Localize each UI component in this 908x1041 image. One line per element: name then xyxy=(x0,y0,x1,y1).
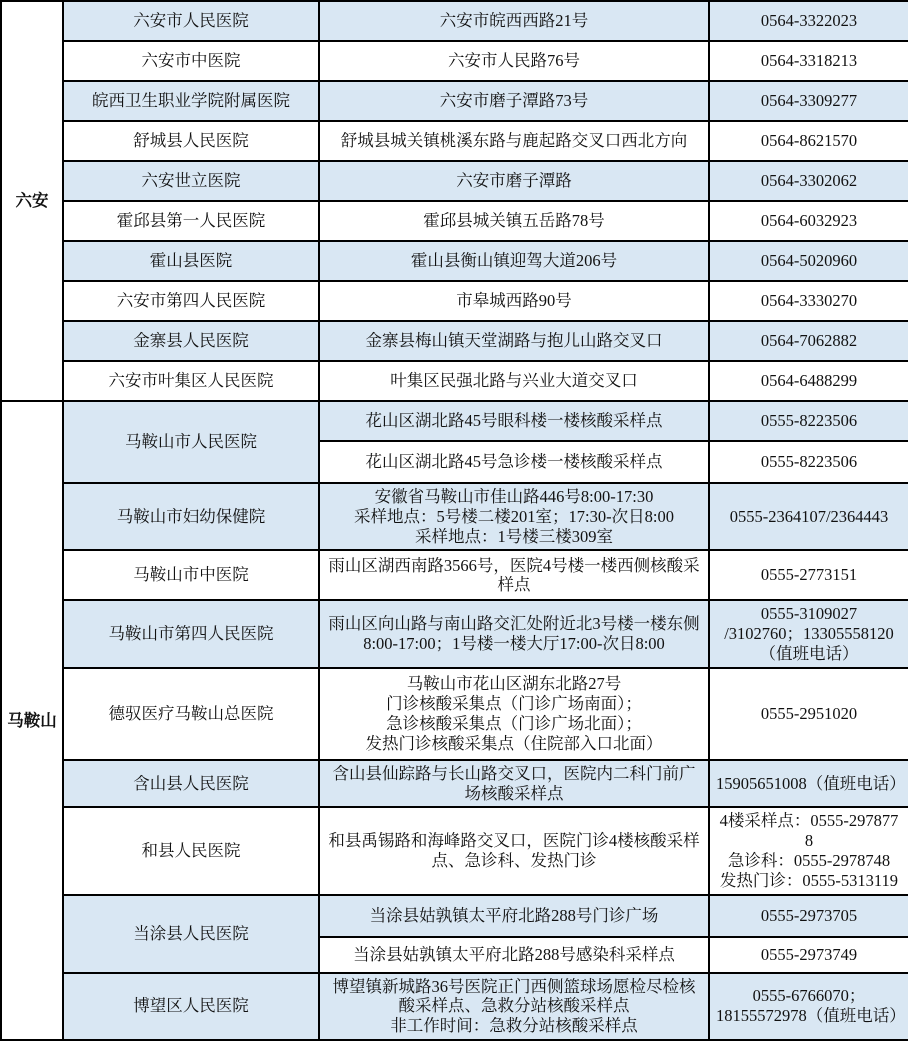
phone-cell: 0555-2973749 xyxy=(709,937,908,973)
address-cell: 霍山县衡山镇迎驾大道206号 xyxy=(319,241,709,281)
phone-cell: 0564-3318213 xyxy=(709,41,908,81)
phone-cell: 0564-3330270 xyxy=(709,281,908,321)
phone-cell: 0564-3302062 xyxy=(709,161,908,201)
hospital-cell: 博望区人民医院 xyxy=(63,973,319,1040)
hospital-cell: 舒城县人民医院 xyxy=(63,121,319,161)
city-cell: 六安 xyxy=(1,1,63,401)
table-row: 皖西卫生职业学院附属医院 六安市磨子潭路73号 0564-3309277 xyxy=(1,81,908,121)
phone-cell: 0564-3322023 xyxy=(709,1,908,41)
address-cell: 和县禹锡路和海峰路交叉口，医院门诊4楼核酸采样点、急诊科、发热门诊 xyxy=(319,807,709,894)
hospital-cell: 德驭医疗马鞍山总医院 xyxy=(63,668,319,760)
phone-cell: 0564-3309277 xyxy=(709,81,908,121)
hospital-cell: 金寨县人民医院 xyxy=(63,321,319,361)
hospital-cell: 六安市人民医院 xyxy=(63,1,319,41)
hospital-cell: 含山县人民医院 xyxy=(63,760,319,808)
hospital-cell: 皖西卫生职业学院附属医院 xyxy=(63,81,319,121)
hospital-cell: 当涂县人民医院 xyxy=(63,895,319,973)
address-cell: 雨山区湖西南路3566号，医院4号楼一楼西侧核酸采样点 xyxy=(319,550,709,600)
hospital-cell: 六安市中医院 xyxy=(63,41,319,81)
phone-cell: 0555-3109027 /3102760；13305558120 （值班电话） xyxy=(709,600,908,667)
phone-cell: 0564-6032923 xyxy=(709,201,908,241)
address-cell: 市皋城西路90号 xyxy=(319,281,709,321)
hospital-cell: 马鞍山市第四人民医院 xyxy=(63,600,319,667)
address-cell: 舒城县城关镇桃溪东路与鹿起路交叉口西北方向 xyxy=(319,121,709,161)
table-row: 马鞍山 马鞍山市人民医院 花山区湖北路45号眼科楼一楼核酸采样点 0555-82… xyxy=(1,401,908,441)
address-cell: 霍邱县城关镇五岳路78号 xyxy=(319,201,709,241)
table-row: 六安市第四人民医院 市皋城西路90号 0564-3330270 xyxy=(1,281,908,321)
phone-cell: 0564-7062882 xyxy=(709,321,908,361)
table-row: 含山县人民医院 含山县仙踪路与长山路交叉口，医院内二科门前广场核酸采样点 159… xyxy=(1,760,908,808)
table-row: 六安市中医院 六安市人民路76号 0564-3318213 xyxy=(1,41,908,81)
hospital-cell: 霍山县医院 xyxy=(63,241,319,281)
phone-cell: 0555-8223506 xyxy=(709,401,908,441)
address-cell: 花山区湖北路45号急诊楼一楼核酸采样点 xyxy=(319,441,709,483)
phone-cell: 4楼采样点：0555-2978778 急诊科：0555-2978748 发热门诊… xyxy=(709,807,908,894)
address-cell: 六安市磨子潭路73号 xyxy=(319,81,709,121)
phone-cell: 0555-2773151 xyxy=(709,550,908,600)
city-cell: 马鞍山 xyxy=(1,401,63,1040)
address-cell: 当涂县姑孰镇太平府北路288号门诊广场 xyxy=(319,895,709,937)
hospital-cell: 霍邱县第一人民医院 xyxy=(63,201,319,241)
phone-cell: 0555-2364107/2364443 xyxy=(709,483,908,550)
hospital-cell: 马鞍山市妇幼保健院 xyxy=(63,483,319,550)
phone-cell: 0564-8621570 xyxy=(709,121,908,161)
table-row: 博望区人民医院 博望镇新城路36号医院正门西侧篮球场愿检尽检核酸采样点、急救分站… xyxy=(1,973,908,1040)
phone-cell: 0555-2951020 xyxy=(709,668,908,760)
table-row: 六安市叶集区人民医院 叶集区民强北路与兴业大道交叉口 0564-6488299 xyxy=(1,361,908,401)
address-cell: 叶集区民强北路与兴业大道交叉口 xyxy=(319,361,709,401)
table-row: 当涂县人民医院 当涂县姑孰镇太平府北路288号门诊广场 0555-2973705 xyxy=(1,895,908,937)
table-row: 马鞍山市中医院 雨山区湖西南路3566号，医院4号楼一楼西侧核酸采样点 0555… xyxy=(1,550,908,600)
table-row: 六安世立医院 六安市磨子潭路 0564-3302062 xyxy=(1,161,908,201)
address-cell: 六安市皖西西路21号 xyxy=(319,1,709,41)
hospital-cell: 六安市叶集区人民医院 xyxy=(63,361,319,401)
table-row: 霍山县医院 霍山县衡山镇迎驾大道206号 0564-5020960 xyxy=(1,241,908,281)
address-cell: 当涂县姑孰镇太平府北路288号感染科采样点 xyxy=(319,937,709,973)
section-luan: 六安 六安市人民医院 六安市皖西西路21号 0564-3322023 六安市中医… xyxy=(1,1,908,401)
phone-cell: 0555-6766070； 18155572978（值班电话） xyxy=(709,973,908,1040)
address-cell: 马鞍山市花山区湖东北路27号 门诊核酸采集点（门诊广场南面）； 急诊核酸采集点（… xyxy=(319,668,709,760)
address-cell: 金寨县梅山镇天堂湖路与抱儿山路交叉口 xyxy=(319,321,709,361)
address-cell: 博望镇新城路36号医院正门西侧篮球场愿检尽检核酸采样点、急救分站核酸采样点 非工… xyxy=(319,973,709,1040)
table-row: 霍邱县第一人民医院 霍邱县城关镇五岳路78号 0564-6032923 xyxy=(1,201,908,241)
address-cell: 安徽省马鞍山市佳山路446号8:00-17:30 采样地点：5号楼二楼201室；… xyxy=(319,483,709,550)
table-row: 舒城县人民医院 舒城县城关镇桃溪东路与鹿起路交叉口西北方向 0564-86215… xyxy=(1,121,908,161)
table-row: 金寨县人民医院 金寨县梅山镇天堂湖路与抱儿山路交叉口 0564-7062882 xyxy=(1,321,908,361)
phone-cell: 0555-8223506 xyxy=(709,441,908,483)
phone-cell: 0564-5020960 xyxy=(709,241,908,281)
table-row: 德驭医疗马鞍山总医院 马鞍山市花山区湖东北路27号 门诊核酸采集点（门诊广场南面… xyxy=(1,668,908,760)
phone-cell: 0564-6488299 xyxy=(709,361,908,401)
address-cell: 雨山区向山路与南山路交汇处附近北3号楼一楼东侧 8:00-17:00；1号楼一楼… xyxy=(319,600,709,667)
hospital-cell: 六安市第四人民医院 xyxy=(63,281,319,321)
address-cell: 花山区湖北路45号眼科楼一楼核酸采样点 xyxy=(319,401,709,441)
section-maanshan: 马鞍山 马鞍山市人民医院 花山区湖北路45号眼科楼一楼核酸采样点 0555-82… xyxy=(1,401,908,1040)
hospital-cell: 六安世立医院 xyxy=(63,161,319,201)
hospital-cell: 马鞍山市人民医院 xyxy=(63,401,319,483)
phone-cell: 15905651008（值班电话） xyxy=(709,760,908,808)
table-row: 马鞍山市妇幼保健院 安徽省马鞍山市佳山路446号8:00-17:30 采样地点：… xyxy=(1,483,908,550)
hospital-table: 六安 六安市人民医院 六安市皖西西路21号 0564-3322023 六安市中医… xyxy=(0,0,908,1041)
address-cell: 六安市人民路76号 xyxy=(319,41,709,81)
phone-cell: 0555-2973705 xyxy=(709,895,908,937)
hospital-cell: 和县人民医院 xyxy=(63,807,319,894)
table-row: 和县人民医院 和县禹锡路和海峰路交叉口，医院门诊4楼核酸采样点、急诊科、发热门诊… xyxy=(1,807,908,894)
table-row: 马鞍山市第四人民医院 雨山区向山路与南山路交汇处附近北3号楼一楼东侧 8:00-… xyxy=(1,600,908,667)
hospital-cell: 马鞍山市中医院 xyxy=(63,550,319,600)
address-cell: 六安市磨子潭路 xyxy=(319,161,709,201)
table-row: 六安 六安市人民医院 六安市皖西西路21号 0564-3322023 xyxy=(1,1,908,41)
address-cell: 含山县仙踪路与长山路交叉口，医院内二科门前广场核酸采样点 xyxy=(319,760,709,808)
